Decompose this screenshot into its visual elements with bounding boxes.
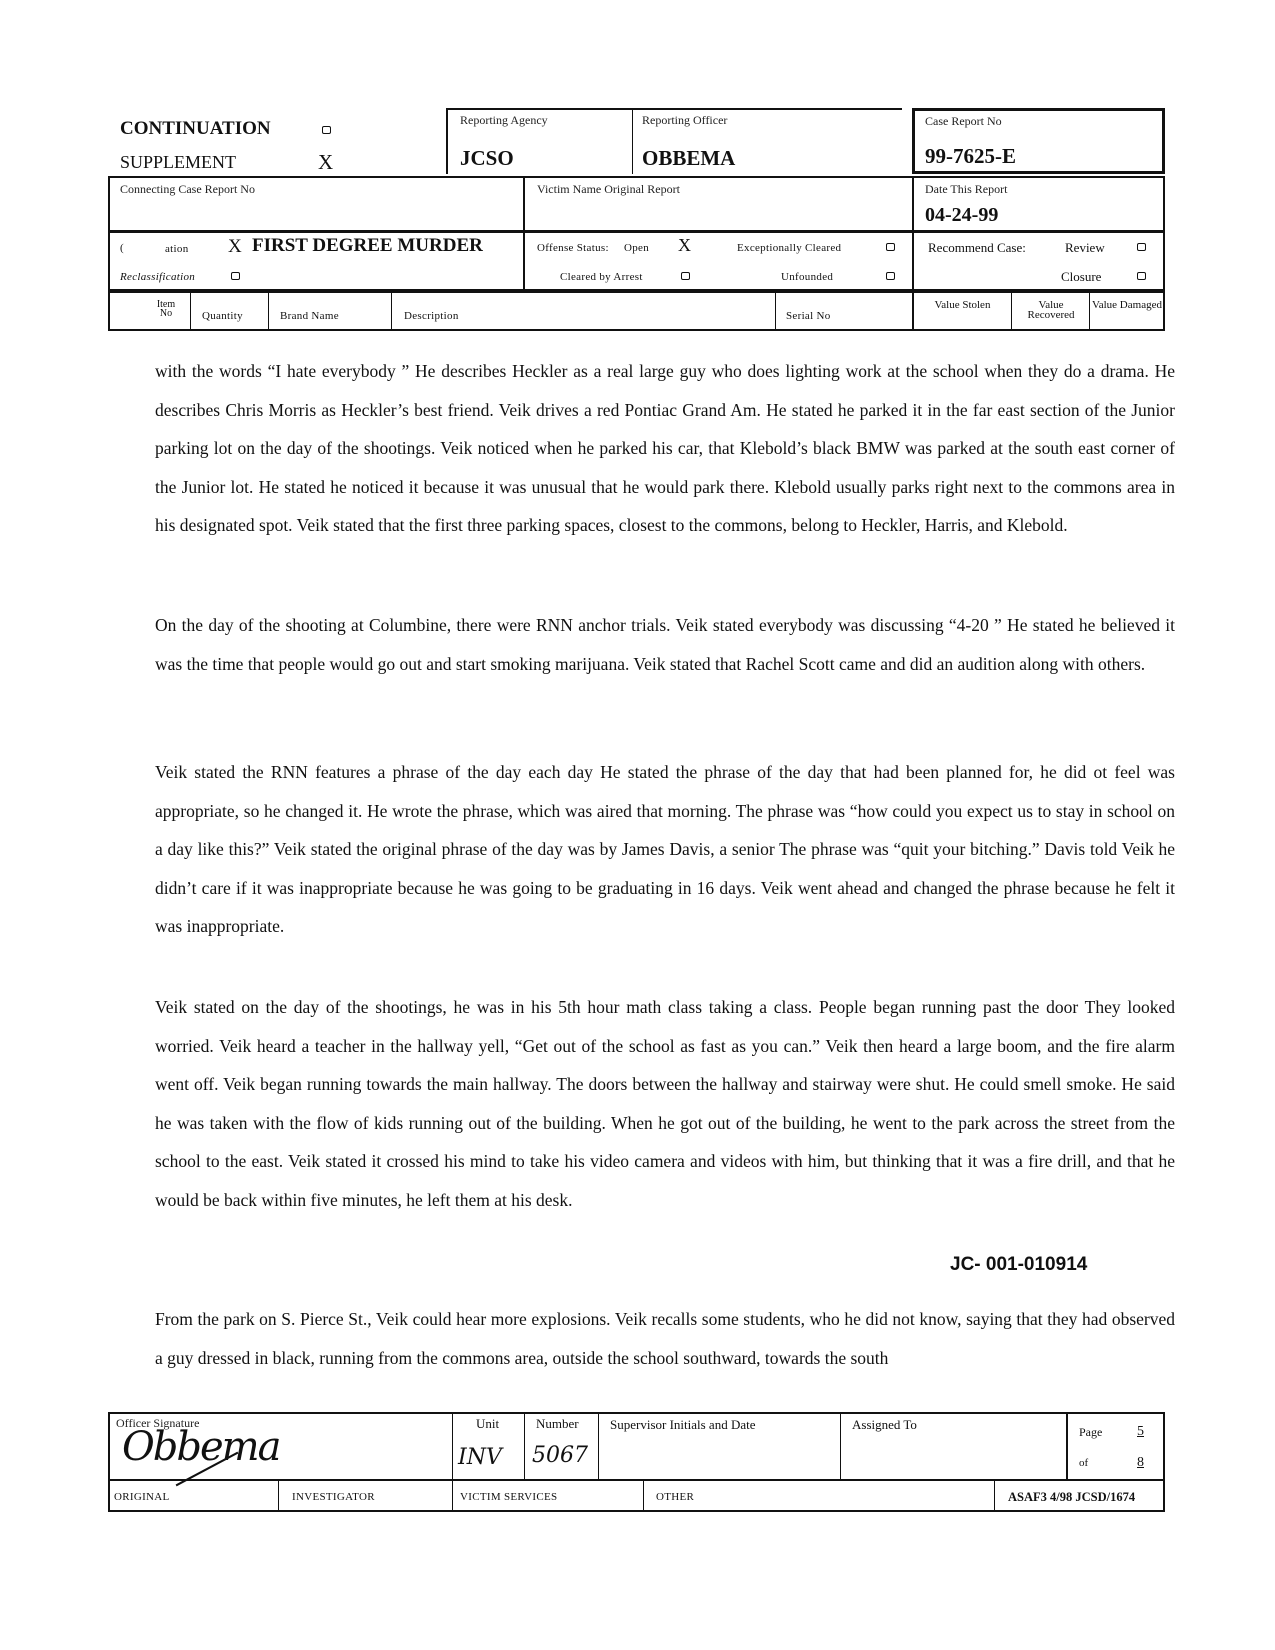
cleared-by-arrest-checkbox[interactable] bbox=[681, 272, 690, 280]
cleared-by-arrest-label: Cleared by Arrest bbox=[560, 271, 643, 283]
distribution-original: ORIGINAL bbox=[114, 1491, 170, 1503]
supervisor-label: Supervisor Initials and Date bbox=[610, 1417, 756, 1433]
unfounded-checkbox[interactable] bbox=[886, 272, 895, 280]
date-this-report-label: Date This Report bbox=[925, 182, 1007, 197]
classification-mark[interactable]: X bbox=[228, 236, 242, 258]
form-id: ASAF3 4/98 JCSD/1674 bbox=[1008, 1490, 1135, 1505]
reclassification-checkbox[interactable] bbox=[231, 272, 240, 280]
victim-name-label: Victim Name Original Report bbox=[537, 182, 680, 197]
divider bbox=[523, 176, 525, 232]
divider bbox=[912, 231, 914, 291]
date-this-report-value: 04-24-99 bbox=[925, 204, 998, 227]
divider bbox=[994, 1481, 995, 1512]
col-value-damaged: Value Damaged bbox=[1092, 300, 1162, 310]
review-checkbox[interactable] bbox=[1137, 243, 1146, 251]
divider bbox=[190, 291, 191, 331]
review-label: Review bbox=[1065, 240, 1105, 256]
reporting-officer-value: OBBEMA bbox=[642, 146, 735, 171]
officer-signature: Obbema bbox=[122, 1424, 279, 1470]
unit-value: INV bbox=[458, 1445, 502, 1470]
divider bbox=[391, 291, 392, 331]
supplement-label: SUPPLEMENT bbox=[120, 152, 236, 173]
page-total: 8 bbox=[1137, 1455, 1144, 1471]
narrative-paragraph-1: with the words “I hate everybody ” He de… bbox=[155, 352, 1175, 545]
classification-label-fragment: ( bbox=[120, 242, 124, 254]
case-report-no-value: 99-7625-E bbox=[925, 144, 1016, 169]
exceptionally-cleared-checkbox[interactable] bbox=[886, 243, 895, 251]
case-report-no-label: Case Report No bbox=[925, 114, 1002, 129]
of-label: of bbox=[1079, 1457, 1088, 1469]
divider bbox=[524, 1412, 525, 1481]
reporting-agency-label: Reporting Agency bbox=[460, 113, 548, 128]
divider bbox=[268, 291, 269, 331]
connecting-case-label: Connecting Case Report No bbox=[120, 182, 255, 197]
number-label: Number bbox=[536, 1416, 579, 1432]
col-brand-name: Brand Name bbox=[280, 310, 339, 322]
page-number: 5 bbox=[1137, 1424, 1144, 1440]
assigned-to-label: Assigned To bbox=[852, 1417, 917, 1433]
col-quantity: Quantity bbox=[202, 310, 243, 322]
divider bbox=[912, 176, 914, 232]
divider bbox=[452, 1412, 453, 1481]
classification-label: ation bbox=[165, 243, 189, 255]
col-item-no: Item No bbox=[150, 300, 182, 318]
reclassification-label: Reclassification bbox=[120, 271, 195, 283]
number-value: 5067 bbox=[532, 1443, 588, 1468]
divider bbox=[632, 108, 633, 174]
divider bbox=[1011, 291, 1012, 331]
narrative-paragraph-3: Veik stated the RNN features a phrase of… bbox=[155, 753, 1175, 946]
reporting-officer-label: Reporting Officer bbox=[642, 113, 727, 128]
supplement-mark[interactable]: X bbox=[318, 150, 333, 175]
narrative-paragraph-5: From the park on S. Pierce St., Veik cou… bbox=[155, 1300, 1175, 1377]
divider bbox=[278, 1481, 279, 1512]
paragraph-text: with the words “I hate everybody ” He de… bbox=[155, 352, 1175, 545]
divider bbox=[912, 291, 914, 331]
divider bbox=[452, 1481, 453, 1512]
divider bbox=[775, 291, 776, 331]
distribution-other: OTHER bbox=[656, 1491, 694, 1503]
divider bbox=[643, 1481, 644, 1512]
closure-label: Closure bbox=[1061, 269, 1101, 285]
bates-stamp: JC- 001-010914 bbox=[950, 1254, 1087, 1276]
distribution-investigator: INVESTIGATOR bbox=[292, 1491, 375, 1503]
distribution-victim-services: VICTIM SERVICES bbox=[460, 1491, 557, 1503]
paragraph-text: On the day of the shooting at Columbine,… bbox=[155, 606, 1175, 683]
narrative-paragraph-4: Veik stated on the day of the shootings,… bbox=[155, 988, 1175, 1219]
col-serial-no: Serial No bbox=[786, 310, 831, 322]
col-value-stolen: Value Stolen bbox=[925, 300, 1000, 310]
divider bbox=[840, 1412, 841, 1481]
paragraph-text: Veik stated the RNN features a phrase of… bbox=[155, 753, 1175, 946]
open-mark[interactable]: X bbox=[678, 235, 691, 256]
divider bbox=[1089, 291, 1090, 331]
open-label: Open bbox=[624, 242, 649, 254]
divider bbox=[598, 1412, 599, 1481]
recommend-case-label: Recommend Case: bbox=[928, 240, 1026, 256]
continuation-checkbox[interactable] bbox=[322, 126, 331, 134]
divider bbox=[523, 231, 525, 291]
divider bbox=[1066, 1412, 1068, 1481]
footer-distribution-row bbox=[108, 1481, 1165, 1512]
narrative-paragraph-2: On the day of the shooting at Columbine,… bbox=[155, 606, 1175, 683]
classification-value: FIRST DEGREE MURDER bbox=[252, 235, 483, 257]
exceptionally-cleared-label: Exceptionally Cleared bbox=[737, 242, 841, 254]
unit-label: Unit bbox=[476, 1416, 499, 1432]
page-label: Page bbox=[1079, 1425, 1102, 1440]
reporting-agency-value: JCSO bbox=[460, 146, 514, 171]
closure-checkbox[interactable] bbox=[1137, 272, 1146, 280]
unfounded-label: Unfounded bbox=[781, 271, 833, 283]
col-description: Description bbox=[404, 310, 459, 322]
col-value-recovered: Value Recovered bbox=[1014, 300, 1088, 320]
continuation-label: CONTINUATION bbox=[120, 118, 271, 140]
paragraph-text: From the park on S. Pierce St., Veik cou… bbox=[155, 1300, 1175, 1377]
paragraph-text: Veik stated on the day of the shootings,… bbox=[155, 988, 1175, 1219]
offense-status-label: Offense Status: bbox=[537, 242, 609, 254]
item-table-header bbox=[108, 291, 1165, 331]
